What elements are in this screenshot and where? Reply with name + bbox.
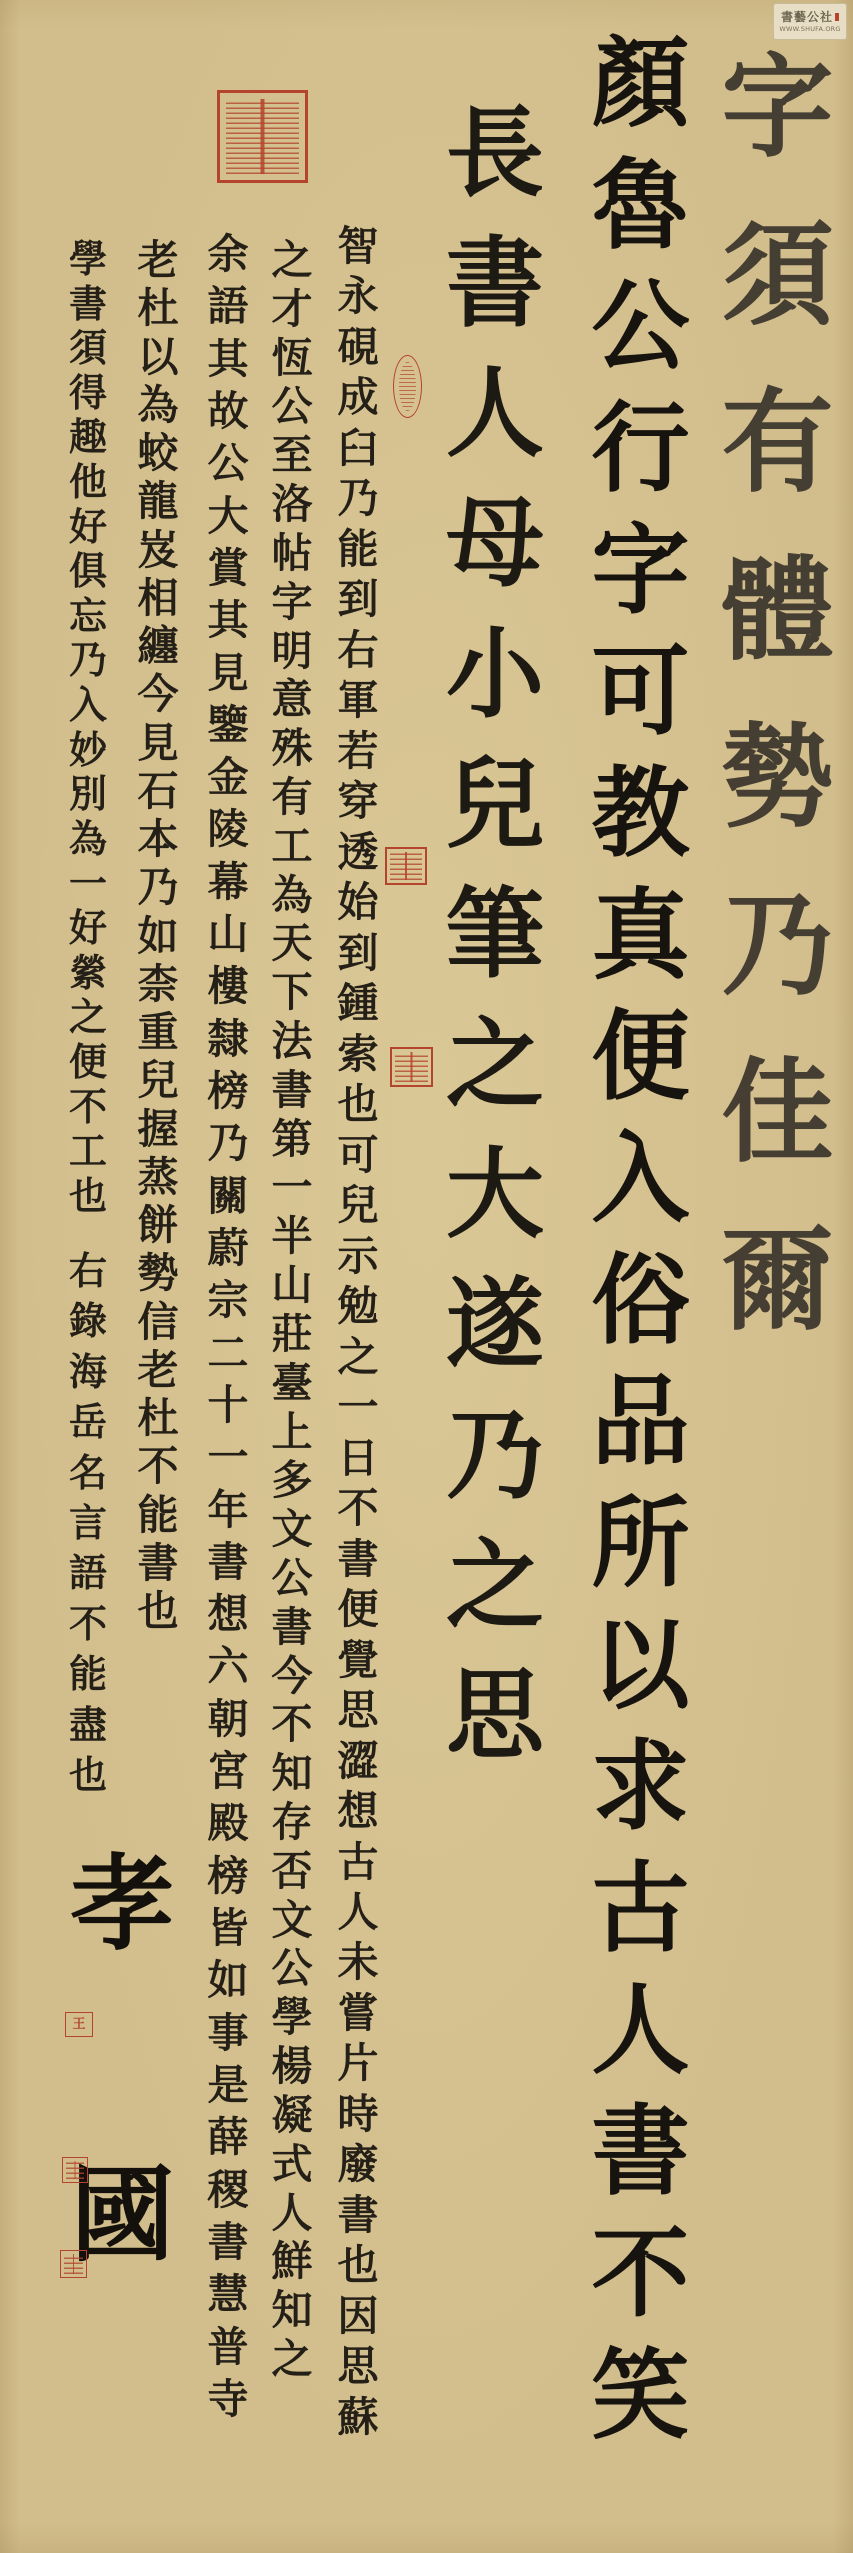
- glyph: 至: [272, 435, 313, 476]
- main-text-column-2: 顏魯公行字可教真便入俗品所以求古人書不笑: [583, 35, 698, 2445]
- glyph: 也: [138, 1591, 179, 1632]
- glyph: 錄: [69, 1302, 107, 1340]
- glyph: 透: [338, 832, 379, 873]
- glyph: 十: [208, 1385, 249, 1426]
- inscription-column-4: 老杜以為蛟龍岌相纏今見石本乃如柰重兒握蒸餅勢信老杜不能書也: [133, 240, 183, 1632]
- glyph: 真: [591, 887, 689, 985]
- glyph: 遂: [446, 1276, 544, 1374]
- glyph: 不: [138, 1446, 179, 1487]
- glyph: 知: [272, 1753, 313, 1794]
- main-text-column-1: 字須有體勢乃佳爾: [715, 52, 840, 1337]
- glyph: 殿: [208, 1803, 249, 1844]
- glyph: 之: [446, 1016, 544, 1114]
- glyph: 之: [272, 240, 313, 281]
- main-text-column-3: 長書人母小兒筆之大遂乃之思: [440, 105, 550, 1765]
- glyph: 覺: [338, 1640, 379, 1681]
- glyph: 爾: [722, 1225, 834, 1337]
- glyph: 一: [272, 1167, 313, 1208]
- glyph: 也: [69, 1177, 107, 1215]
- glyph: 兒: [138, 1060, 179, 1101]
- glyph: 名: [69, 1454, 107, 1492]
- glyph: 下: [272, 972, 313, 1013]
- inscription-column-3: 余語其故公大賞其見鑒金陵幕山樓隸榜乃關蔚宗二十一年書想六朝宮殿榜皆如事是薛稷書慧…: [203, 234, 253, 2420]
- glyph: 山: [208, 914, 249, 955]
- glyph: 關: [208, 1176, 249, 1217]
- glyph: 明: [272, 631, 313, 672]
- glyph: 工: [69, 1132, 107, 1170]
- glyph: 語: [69, 1554, 107, 1592]
- glyph: 榜: [208, 1071, 249, 1112]
- glyph: 右: [69, 1252, 107, 1290]
- glyph: 今: [272, 1656, 313, 1697]
- glyph: 示: [338, 1236, 379, 1277]
- glyph: 杜: [138, 288, 179, 329]
- glyph: 見: [138, 723, 179, 764]
- glyph: 一: [208, 1437, 249, 1478]
- glyph: 海: [69, 1353, 107, 1391]
- glyph: 稷: [208, 2170, 249, 2211]
- glyph: 思: [338, 1690, 379, 1731]
- glyph: 智: [338, 226, 379, 267]
- glyph: 帖: [272, 533, 313, 574]
- glyph: 蔚: [208, 1228, 249, 1269]
- signature-seal-text: 王: [72, 2018, 85, 2031]
- glyph: 若: [338, 731, 379, 772]
- glyph: 也: [69, 1756, 107, 1794]
- glyph: 也: [338, 2245, 379, 2286]
- glyph: 勢: [138, 1253, 179, 1294]
- glyph: 俗: [591, 1252, 689, 1350]
- glyph: 體: [722, 555, 834, 667]
- glyph: 龍: [138, 481, 179, 522]
- glyph: 式: [272, 2144, 313, 2185]
- glyph: 文: [272, 1900, 313, 1941]
- glyph: 行: [591, 400, 689, 498]
- glyph: 小: [446, 626, 544, 724]
- glyph: 柰: [138, 964, 179, 1005]
- glyph: 兒: [338, 1185, 379, 1226]
- glyph: 老: [138, 1350, 179, 1391]
- glyph: 鮮: [272, 2241, 313, 2282]
- glyph: 軍: [338, 680, 379, 721]
- inscription-column-2: 之才恆公至洛帖字明意殊有工為天下法書第一半山莊臺上多文公書今不知存否文公學楊凝式…: [267, 240, 317, 2380]
- glyph: 書: [208, 1542, 249, 1583]
- signature-seal-icon-1: 王: [65, 2012, 93, 2037]
- inscription-colophon: 右錄海岳名言語不能盡也: [63, 1252, 113, 1794]
- glyph: 到: [338, 933, 379, 974]
- glyph: 得: [69, 374, 107, 412]
- glyph: 陵: [208, 809, 249, 850]
- glyph: 乃: [338, 478, 379, 519]
- watermark-url: WWW.SHUFA.ORG: [779, 26, 840, 33]
- glyph: 永: [338, 276, 379, 317]
- inscription-column-5: 學書須得趣他好俱忘乃入妙別為一好縈之便不工也: [63, 240, 113, 1215]
- glyph: 握: [138, 1109, 179, 1150]
- glyph: 岌: [138, 530, 179, 571]
- glyph: 為: [138, 385, 179, 426]
- glyph: 日: [338, 1438, 379, 1479]
- glyph: 為: [69, 820, 107, 858]
- glyph: 洛: [272, 484, 313, 525]
- glyph: 縈: [69, 954, 107, 992]
- seal-carving: [66, 2161, 84, 2179]
- glyph: 字: [272, 582, 313, 623]
- glyph: 上: [272, 1412, 313, 1453]
- glyph: 楊: [272, 2046, 313, 2087]
- glyph: 多: [272, 1460, 313, 1501]
- glyph: 忘: [69, 597, 107, 635]
- glyph: 母: [446, 495, 544, 593]
- glyph: 勉: [338, 1286, 379, 1327]
- glyph: 右: [338, 630, 379, 671]
- glyph: 人: [338, 1892, 379, 1933]
- glyph: 六: [208, 1646, 249, 1687]
- glyph: 存: [272, 1802, 313, 1843]
- glyph: 乃: [722, 890, 834, 1002]
- glyph: 有: [722, 387, 834, 499]
- glyph: 臼: [338, 428, 379, 469]
- glyph: 嘗: [338, 1993, 379, 2034]
- glyph: 筆: [446, 886, 544, 984]
- glyph: 未: [338, 1942, 379, 1983]
- glyph: 寺: [208, 2379, 249, 2420]
- glyph: 乃: [208, 1123, 249, 1164]
- glyph: 便: [338, 1589, 379, 1630]
- glyph: 恆: [272, 338, 313, 379]
- glyph: 如: [138, 916, 179, 957]
- glyph: 不: [69, 1605, 107, 1643]
- middle-seal-icon-2: [390, 1047, 433, 1087]
- glyph: 纏: [138, 626, 179, 667]
- glyph: 能: [69, 1655, 107, 1693]
- glyph: 第: [272, 1119, 313, 1160]
- glyph: 之: [272, 2339, 313, 2380]
- glyph: 便: [69, 1043, 107, 1081]
- glyph: 也: [338, 1084, 379, 1125]
- glyph: 顏: [591, 35, 689, 133]
- glyph: 見: [208, 653, 249, 694]
- glyph: 大: [446, 1146, 544, 1244]
- watermark-logo-row: 書藝公社: [781, 11, 839, 23]
- artist-signature: 孝國: [70, 1852, 175, 2267]
- glyph: 為: [272, 875, 313, 916]
- leading-seal-icon: [217, 90, 308, 183]
- glyph: 想: [208, 1594, 249, 1635]
- glyph: 字: [591, 522, 689, 620]
- glyph: 書: [272, 1070, 313, 1111]
- glyph: 年: [208, 1490, 249, 1531]
- seal-carving: [395, 1052, 428, 1082]
- glyph: 薛: [208, 2117, 249, 2158]
- glyph: 是: [208, 2065, 249, 2106]
- glyph: 朝: [208, 1699, 249, 1740]
- glyph: 重: [138, 1012, 179, 1053]
- glyph: 臺: [272, 1363, 313, 1404]
- glyph: 魯: [591, 157, 689, 255]
- glyph: 所: [591, 1495, 689, 1593]
- glyph: 笑: [591, 2347, 689, 2445]
- glyph: 書: [69, 285, 107, 323]
- glyph: 其: [208, 600, 249, 641]
- glyph: 杜: [138, 1398, 179, 1439]
- glyph: 二: [208, 1333, 249, 1374]
- glyph: 榜: [208, 1856, 249, 1897]
- watermark-seal-icon: [835, 13, 839, 21]
- glyph: 岳: [69, 1403, 107, 1441]
- signature-seal-icon-3: [60, 2250, 87, 2278]
- glyph: 慧: [208, 2274, 249, 2315]
- calligraphy-scroll: 書藝公社 WWW.SHUFA.ORG 字須有體勢乃佳爾 顏魯公行字可教真便入俗品…: [0, 0, 853, 2553]
- glyph: 書: [272, 1607, 313, 1648]
- glyph: 妙: [69, 731, 107, 769]
- glyph: 言: [69, 1504, 107, 1542]
- glyph: 不: [272, 1704, 313, 1745]
- glyph: 公: [272, 1948, 313, 1989]
- glyph: 書: [138, 1543, 179, 1584]
- seal-carving: [226, 99, 299, 174]
- glyph: 公: [272, 1558, 313, 1599]
- glyph: 金: [208, 757, 249, 798]
- inscription-column-1: 智永硯成臼乃能到右軍若穿透始到鍾索也可兒示勉之一日不書便覺思澀想古人未嘗片時廢書…: [333, 226, 383, 2438]
- watermark-logo: 書藝公社: [781, 11, 833, 23]
- glyph: 否: [272, 1851, 313, 1892]
- glyph: 穿: [338, 781, 379, 822]
- glyph: 他: [69, 463, 107, 501]
- seal-carving: [390, 852, 422, 880]
- glyph: 蘇: [338, 2397, 379, 2438]
- glyph: 兒: [446, 756, 544, 854]
- glyph: 其: [208, 339, 249, 380]
- glyph: 大: [208, 496, 249, 537]
- glyph: 不: [591, 2225, 689, 2323]
- glyph: 法: [272, 1021, 313, 1062]
- glyph: 信: [138, 1302, 179, 1343]
- glyph: 因: [338, 2296, 379, 2337]
- glyph: 樓: [208, 966, 249, 1007]
- glyph: 乃: [446, 1407, 544, 1505]
- glyph: 書: [591, 2103, 689, 2201]
- glyph: 人: [591, 1982, 689, 2080]
- glyph: 求: [591, 1738, 689, 1836]
- glyph: 皆: [208, 1908, 249, 1949]
- glyph: 公: [591, 278, 689, 376]
- glyph: 事: [208, 2013, 249, 2054]
- glyph: 如: [208, 1960, 249, 2001]
- glyph: 宮: [208, 1751, 249, 1792]
- glyph: 石: [138, 771, 179, 812]
- glyph: 趣: [69, 418, 107, 456]
- glyph: 書: [208, 2222, 249, 2263]
- glyph: 以: [591, 1617, 689, 1715]
- seal-carving: [399, 362, 416, 411]
- glyph: 不: [69, 1088, 107, 1126]
- glyph: 本: [138, 819, 179, 860]
- glyph: 才: [272, 289, 313, 330]
- glyph: 古: [591, 1860, 689, 1958]
- glyph: 鍾: [338, 983, 379, 1024]
- glyph: 公: [272, 386, 313, 427]
- glyph: 孝: [70, 1852, 174, 1956]
- glyph: 能: [138, 1495, 179, 1536]
- glyph: 成: [338, 377, 379, 418]
- glyph: 不: [338, 1488, 379, 1529]
- glyph: 好: [69, 909, 107, 947]
- glyph: 蛟: [138, 433, 179, 474]
- glyph: 故: [208, 391, 249, 432]
- glyph: 片: [338, 2043, 379, 2084]
- glyph: 長: [446, 105, 544, 203]
- glyph: 一: [69, 865, 107, 903]
- glyph: 凝: [272, 2095, 313, 2136]
- glyph: 品: [591, 1373, 689, 1471]
- glyph: 莊: [272, 1314, 313, 1355]
- glyph: 山: [272, 1265, 313, 1306]
- glyph: 天: [272, 923, 313, 964]
- oval-seal-icon: [393, 355, 422, 418]
- glyph: 之: [446, 1537, 544, 1635]
- glyph: 思: [446, 1667, 544, 1765]
- glyph: 書: [338, 2195, 379, 2236]
- glyph: 索: [338, 1034, 379, 1075]
- glyph: 乃: [69, 641, 107, 679]
- glyph: 勢: [722, 722, 834, 834]
- glyph: 盡: [69, 1706, 107, 1744]
- glyph: 入: [69, 686, 107, 724]
- glyph: 幕: [208, 862, 249, 903]
- glyph: 一: [338, 1387, 379, 1428]
- glyph: 俱: [69, 552, 107, 590]
- glyph: 鑒: [208, 705, 249, 746]
- glyph: 別: [69, 775, 107, 813]
- glyph: 宗: [208, 1280, 249, 1321]
- glyph: 好: [69, 508, 107, 546]
- glyph: 人: [446, 365, 544, 463]
- middle-seal-icon-1: [385, 847, 427, 885]
- glyph: 相: [138, 578, 179, 619]
- glyph: 普: [208, 2327, 249, 2368]
- glyph: 蒸: [138, 1157, 179, 1198]
- glyph: 賞: [208, 548, 249, 589]
- glyph: 老: [138, 240, 179, 281]
- glyph: 須: [722, 220, 834, 332]
- glyph: 公: [208, 443, 249, 484]
- glyph: 今: [138, 674, 179, 715]
- glyph: 語: [208, 286, 249, 327]
- glyph: 須: [69, 329, 107, 367]
- glyph: 書: [338, 1539, 379, 1580]
- glyph: 思: [338, 2346, 379, 2387]
- glyph: 文: [272, 1509, 313, 1550]
- seal-carving: [64, 2254, 83, 2274]
- glyph: 餅: [138, 1205, 179, 1246]
- glyph: 硯: [338, 327, 379, 368]
- glyph: 工: [272, 826, 313, 867]
- glyph: 時: [338, 2094, 379, 2135]
- glyph: 入: [591, 1130, 689, 1228]
- glyph: 教: [591, 765, 689, 863]
- glyph: 到: [338, 579, 379, 620]
- glyph: 有: [272, 777, 313, 818]
- glyph: 隸: [208, 1019, 249, 1060]
- glyph: 想: [338, 1791, 379, 1832]
- glyph: 余: [208, 234, 249, 275]
- signature-seal-icon-2: [62, 2157, 88, 2183]
- glyph: 之: [338, 1337, 379, 1378]
- glyph: 書: [446, 235, 544, 333]
- glyph: 廢: [338, 2144, 379, 2185]
- glyph: 佳: [722, 1057, 834, 1169]
- glyph: 殊: [272, 728, 313, 769]
- glyph: 學: [272, 1997, 313, 2038]
- glyph: 乃: [138, 867, 179, 908]
- glyph: 始: [338, 882, 379, 923]
- glyph: 字: [722, 52, 834, 164]
- glyph: 便: [591, 1008, 689, 1106]
- glyph: 意: [272, 679, 313, 720]
- glyph: 半: [272, 1216, 313, 1257]
- glyph: 人: [272, 2193, 313, 2234]
- glyph: 可: [591, 643, 689, 741]
- glyph: 之: [69, 998, 107, 1036]
- glyph: 可: [338, 1135, 379, 1176]
- glyph: 能: [338, 529, 379, 570]
- glyph: 以: [138, 337, 179, 378]
- glyph: 古: [338, 1842, 379, 1883]
- glyph: 學: [69, 240, 107, 278]
- glyph: 澀: [338, 1741, 379, 1782]
- watermark: 書藝公社 WWW.SHUFA.ORG: [773, 3, 847, 40]
- glyph: 知: [272, 2290, 313, 2331]
